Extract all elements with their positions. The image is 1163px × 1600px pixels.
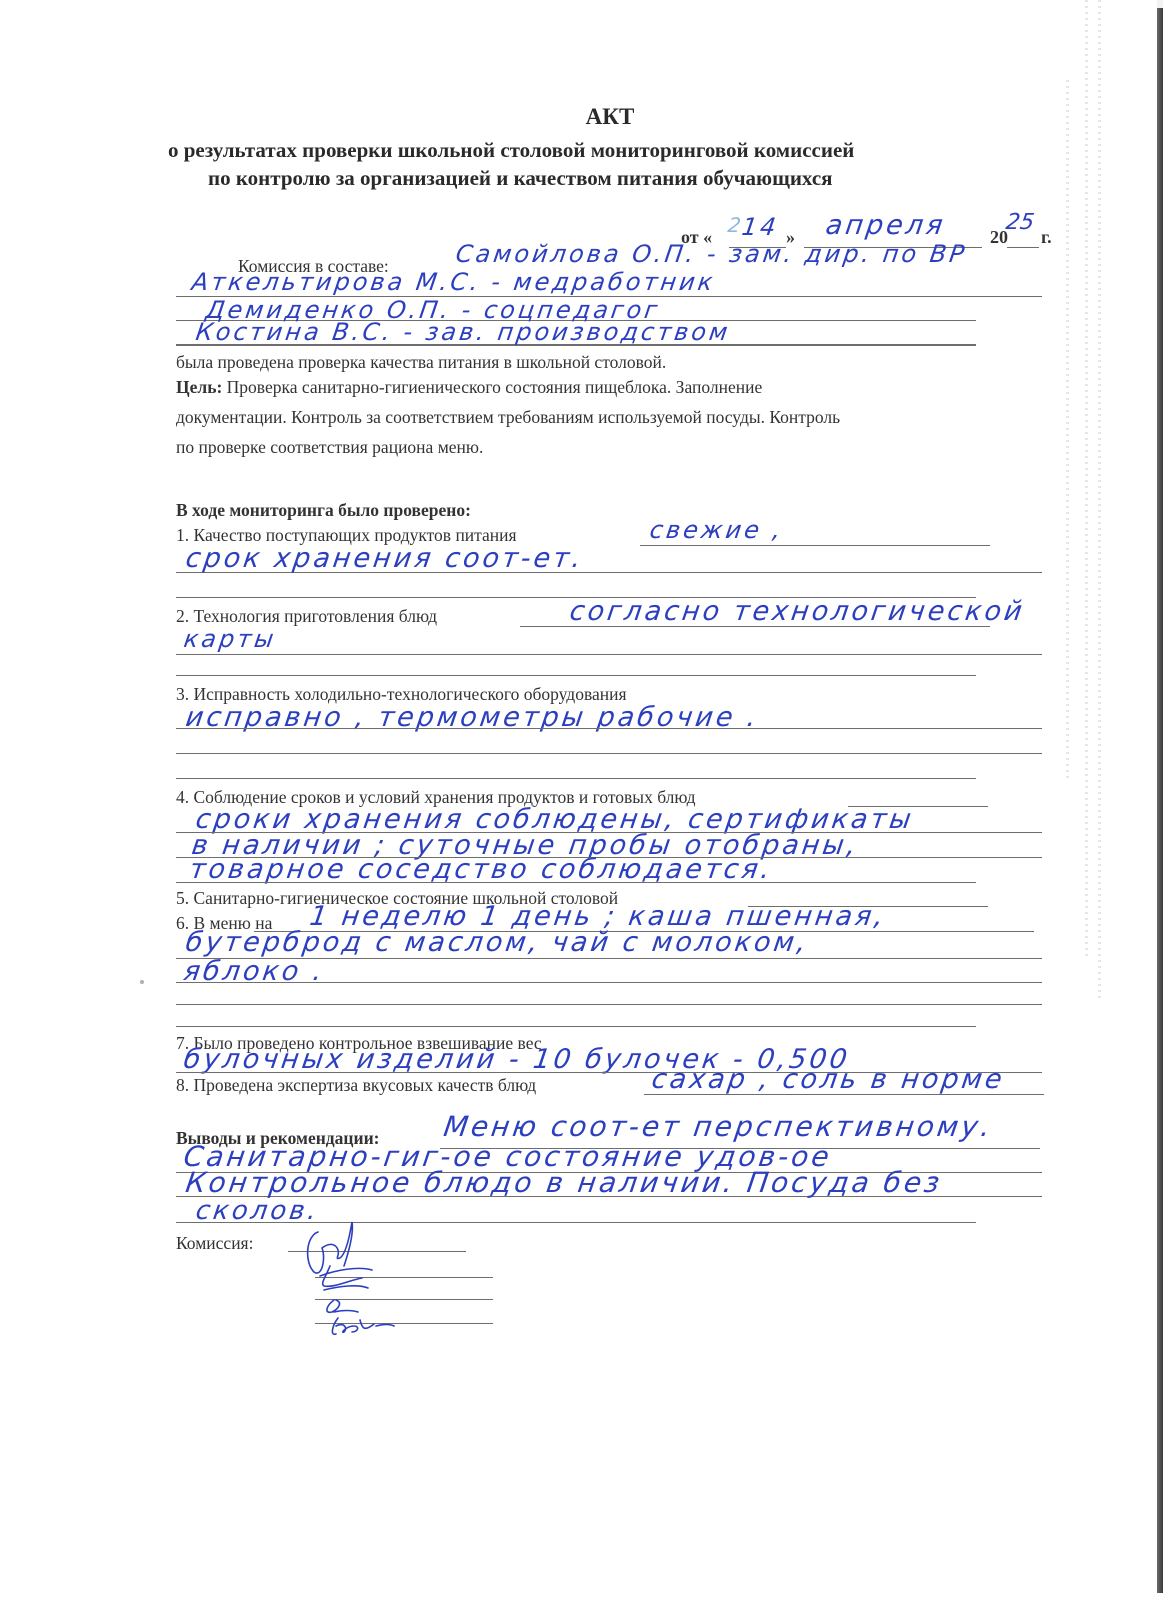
date-month: апреля [824, 210, 948, 241]
item-1-answer: срок хранения соот-ет. [184, 543, 586, 574]
item-1-answer: свежие , [648, 516, 785, 544]
goal-line-1: Цель: Проверка санитарно-гигиенического … [176, 377, 762, 398]
scan-noise [1085, 0, 1088, 960]
intro-text: была проведена проверка качества питания… [176, 352, 666, 373]
checked-heading: В ходе мониторинга было проверено: [176, 500, 471, 521]
goal-line-2: документации. Контроль за соответствием … [176, 407, 840, 428]
item-8-label: 8. Проведена экспертиза вкусовых качеств… [176, 1075, 536, 1096]
commission-member: Аткельтирова М.С. - медработник [190, 268, 717, 296]
item-2-answer: согласно технологической [568, 596, 1027, 627]
goal-label: Цель: [176, 377, 222, 397]
document-subtitle-2: по контролю за организацией и качеством … [208, 166, 833, 191]
document-title: АКТ [0, 104, 1163, 130]
conclusions-text: Контрольное блюдо в наличии. Посуда без [184, 1166, 945, 1199]
goal-line-3: по проверке соответствия рациона меню. [176, 437, 483, 458]
scan-edge-top [1157, 0, 1163, 8]
signature-marks [300, 1214, 500, 1344]
signatures-label: Комиссия: [176, 1233, 253, 1254]
document-subtitle-1: о результатах проверки школьной столовой… [168, 138, 854, 163]
date-year-suffix: 25 [1004, 210, 1036, 235]
scan-noise [1098, 0, 1101, 1000]
item-6-answer: яблоко . [182, 956, 327, 987]
conclusions-text: Меню соот-ет перспективному. [442, 1110, 995, 1143]
scan-edge-shadow [1157, 8, 1163, 1593]
item-6-answer: бутерброд с маслом, чай с молоком, [184, 927, 811, 958]
date-day: 14 [740, 213, 780, 241]
item-4-answer: товарное соседство соблюдается. [188, 854, 775, 885]
item-2-label: 2. Технология приготовления блюд [176, 606, 437, 627]
item-8-answer: сахар , соль в норме [650, 1064, 1007, 1095]
item-2-answer: карты [182, 625, 278, 653]
scan-speck [140, 980, 144, 984]
commission-member: Самойлова О.П. - зам. дир. по ВР [454, 240, 969, 268]
goal-text: Проверка санитарно-гигиенического состоя… [222, 377, 762, 397]
commission-member: Костина В.С. - зав. производством [194, 318, 732, 346]
date-year-end: г. [1041, 227, 1052, 248]
scan-noise [1066, 80, 1069, 780]
